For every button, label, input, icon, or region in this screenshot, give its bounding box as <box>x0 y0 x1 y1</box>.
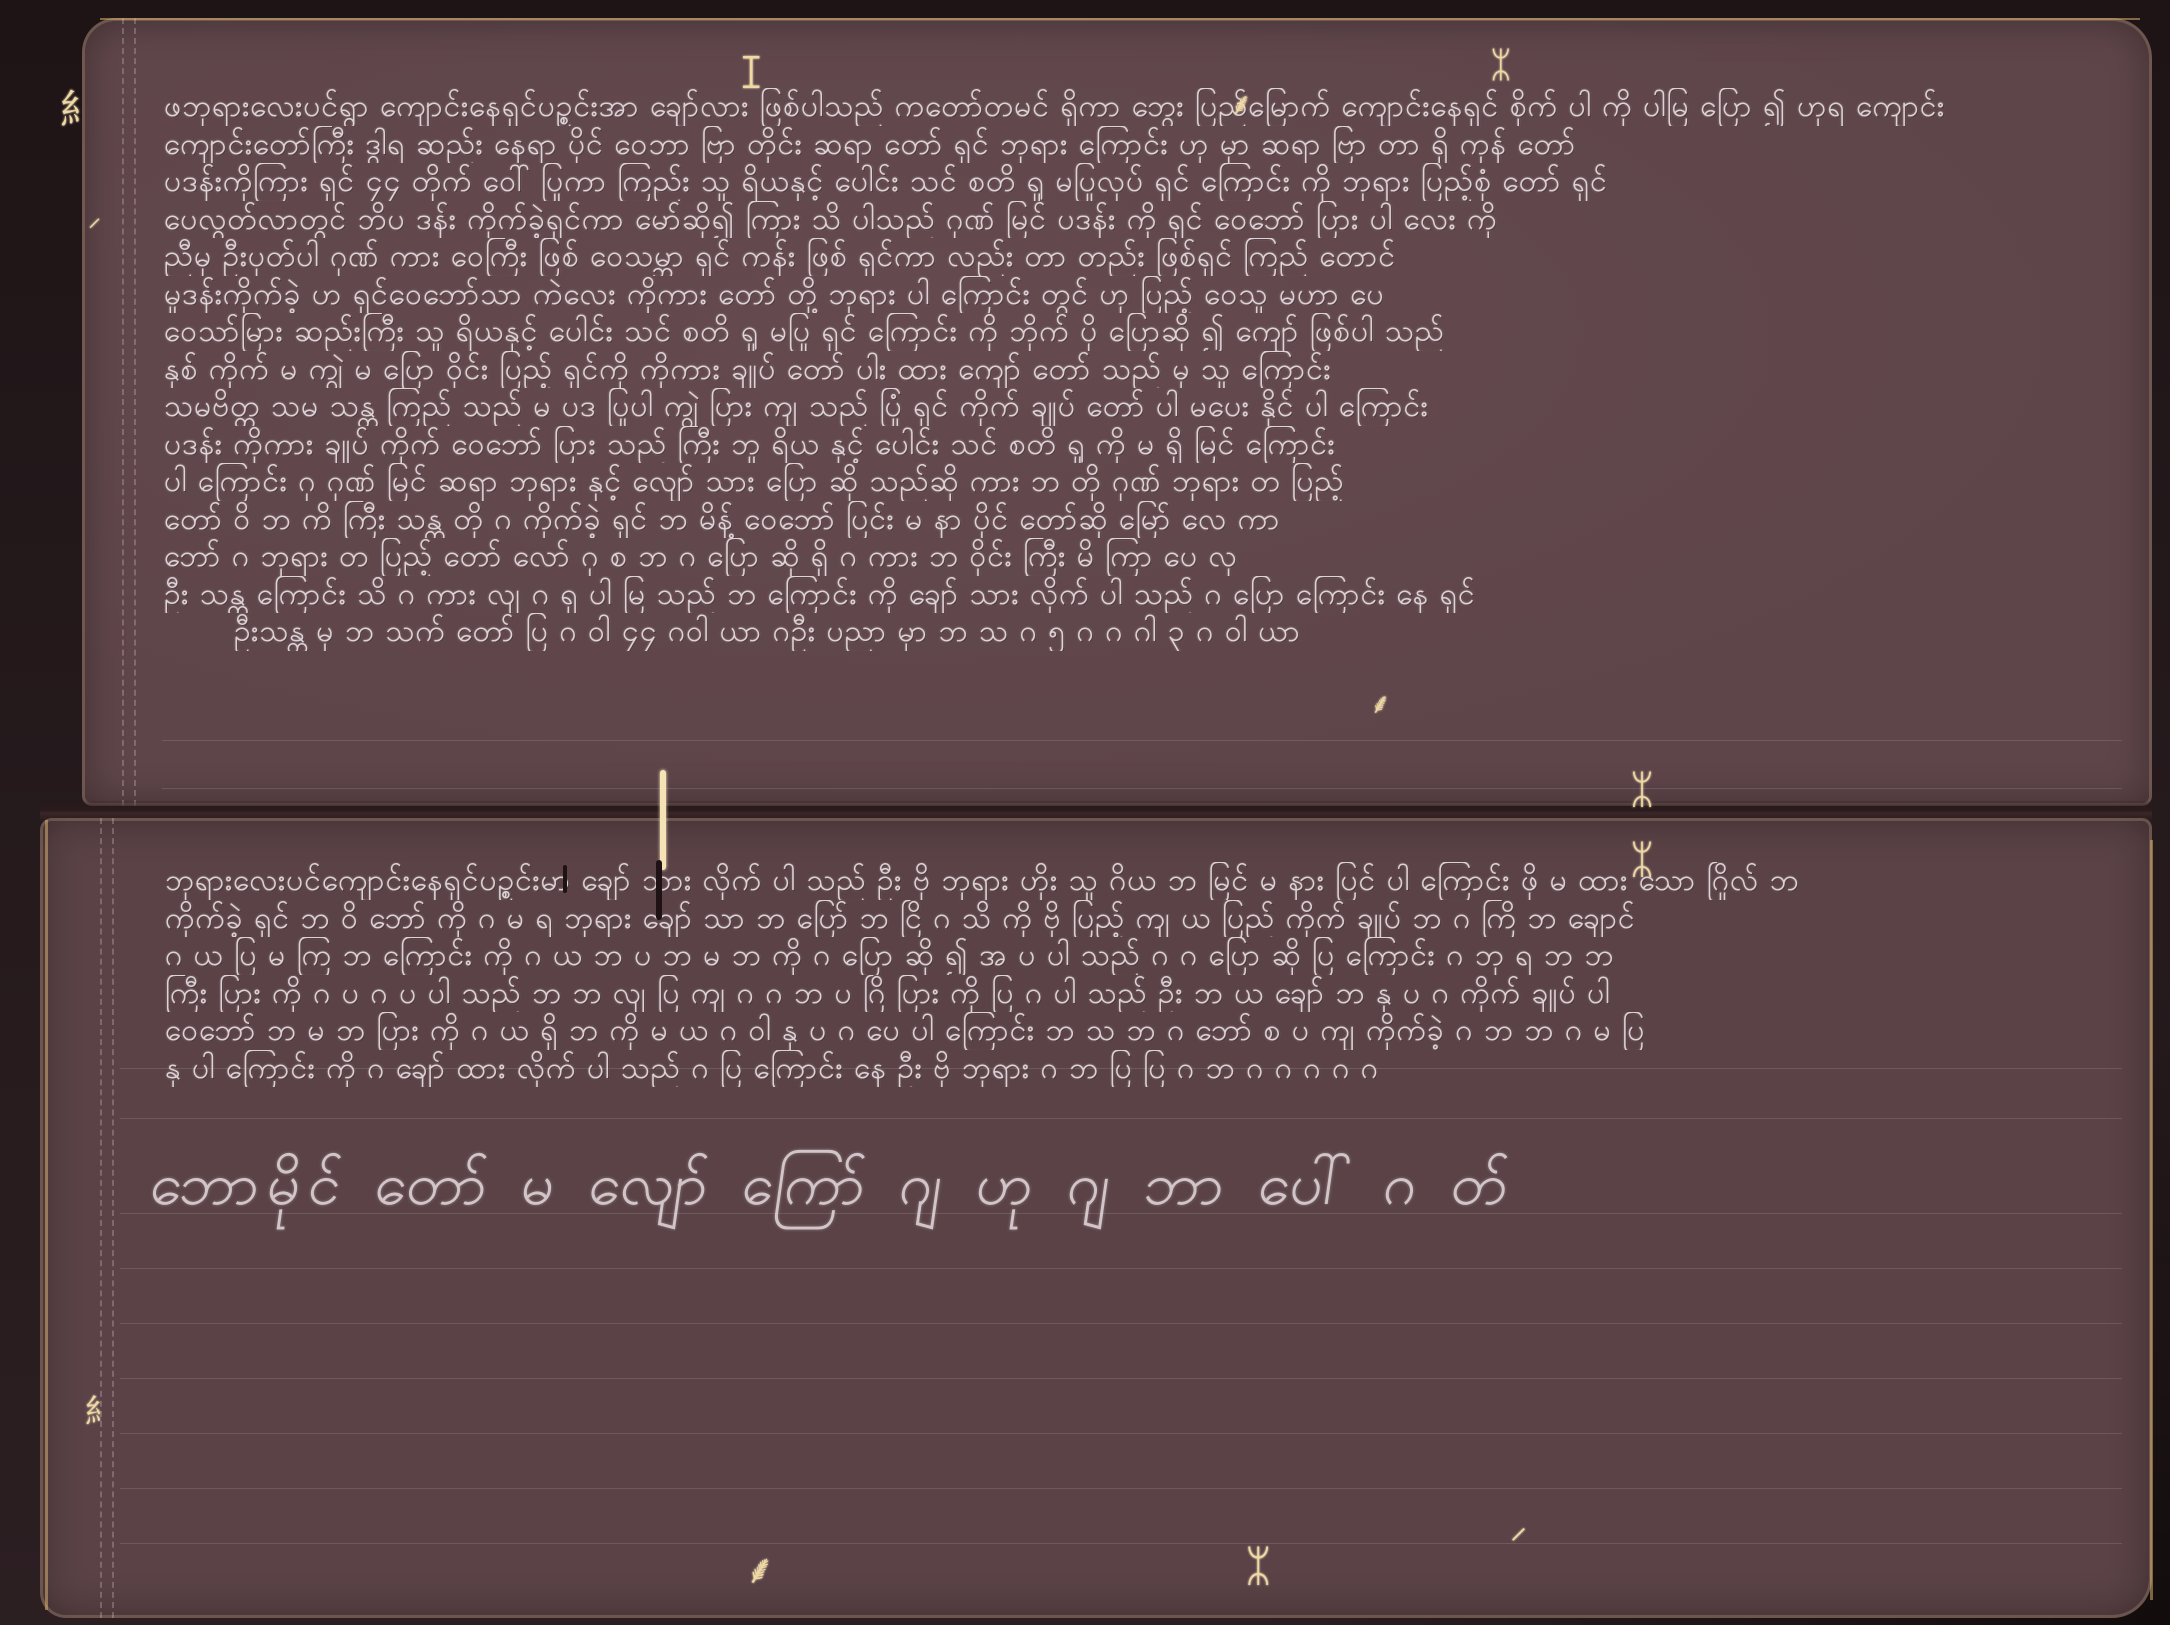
tear-mark-dark <box>563 865 567 893</box>
ruled-line <box>120 1488 2122 1489</box>
damage-mark: ⸙ <box>1370 690 1391 718</box>
tear-mark <box>660 770 666 870</box>
ruled-line <box>162 740 2122 741</box>
damage-mark: ᛯ <box>1245 1545 1271 1589</box>
manuscript-line: ကိုက်ခဲ့ ရှင် ဘ ဝိ ဘော် ကို ဂ မ ရ ဘုရား … <box>165 900 2112 938</box>
left-margin-rule <box>122 18 124 806</box>
damage-mark: ⸙ <box>745 1550 775 1590</box>
manuscript-line: သမဗိတ္တ သမ သန္တ ကြည် သည် မ ပဒ ပြုပါ ကျွဲ… <box>164 388 2112 426</box>
manuscript-line: နှစ် ကိုက် မ ကျွဲ မ ပြော ဝိုင်း ပြည့် ရှ… <box>164 351 2112 389</box>
damage-mark: ⸝ <box>1510 1510 1527 1544</box>
edge-gilt-top <box>100 18 2140 20</box>
left-margin-rule-inner <box>112 818 114 1618</box>
colophon-signature: ဘောမိုင် တော် မ လျော် ကြော် ဂျ ဟု ဂျ ဘာ … <box>144 1148 1521 1233</box>
manuscript-line: မှုဒန်းကိုက်ခဲ့ ဟ ရှင်ဝေဘော်သာ ကဲလေး ကို… <box>164 276 2112 314</box>
manuscript-top-panel: ဖဘုရားလေးပင်ရွာ ကျောင်းနေရှင်ပဉ္စင်းအာ ခ… <box>82 18 2152 806</box>
manuscript-line: ဖဘုရားလေးပင်ရွာ ကျောင်းနေရှင်ပဉ္စင်းအာ ခ… <box>164 88 2112 126</box>
ruled-line <box>120 1543 2122 1544</box>
edge-gilt-right <box>2150 840 2153 1600</box>
manuscript-line: ကျောင်းတော်ကြီး ဒွါရ ဆည်း နေရာ ပိုင် ဝေဘ… <box>164 126 2112 164</box>
manuscript-bottom-panel: ဘုရားလေးပင်ကျောင်းနေရှင်ပဉ္စင်းမာ ချော် … <box>40 818 2152 1618</box>
ruled-line <box>120 1378 2122 1379</box>
manuscript-line: ပဒန်း ကိုကား ချုပ် ကိုက် ဝေဘော် ပြား သည်… <box>164 426 2112 464</box>
damage-mark: ⸙ <box>1230 90 1253 120</box>
bottom-panel-text: ဘုရားလေးပင်ကျောင်းနေရှင်ပဉ္စင်းမာ ချော် … <box>165 862 2112 1087</box>
ruled-line <box>162 788 2122 789</box>
damage-mark: ⸝ <box>88 205 101 231</box>
tear-mark-dark <box>656 860 662 920</box>
manuscript-line: ပေလွတ်လာတွင် ဘိပ ဒန်း ကိုက်ခဲ့ရှင်ကာ မော… <box>164 201 2112 239</box>
damage-mark: ᛯ <box>1490 48 1512 84</box>
damage-mark: ⺯ <box>60 90 100 130</box>
left-margin-rule <box>100 818 102 1618</box>
manuscript-line: နှ ပါ ကြောင်း ကို ဂ ချော် ထား လိုက် ပါ သ… <box>165 1050 2112 1088</box>
ruled-line <box>120 1323 2122 1324</box>
damage-mark: ᛯ <box>1630 770 1654 810</box>
manuscript-line: တော် ဝိ ဘ ကိ ကြီး သန္တ တို ဂ ကိုက်ခဲ့ ရှ… <box>164 501 2112 539</box>
damage-mark: ⺯ <box>85 1395 117 1427</box>
top-panel-text: ဖဘုရားလေးပင်ရွာ ကျောင်းနေရှင်ပဉ္စင်းအာ ခ… <box>164 88 2112 651</box>
left-margin-rule-inner <box>134 18 136 806</box>
manuscript-line: ဦးသန္တ မှ ဘ သက် တော် ပြ ဂ ဝါ ၄၄ ဂဝါ ယာ ဂ… <box>164 613 2112 651</box>
manuscript-line: ဝေဘော် ဘ မ ဘ ပြား ကို ဂ ယ ရှိ ဘ ကို မ ယ … <box>165 1012 2112 1050</box>
manuscript-line: ပါ ကြောင်း ဂု ဂုဏ် မြင် ဆရာ ဘုရား နှင့် … <box>164 463 2112 501</box>
manuscript-line: ဦး သန္တ ကြောင်း သိ ဂ ကား လျ ဂ ရှ ပါ မြ သ… <box>164 576 2112 614</box>
ruled-line <box>120 1433 2122 1434</box>
damage-mark: ꕯ <box>740 52 762 96</box>
manuscript-line: ညီမှ ဦးပုတ်ပါ ဂုဏ် ကား ဝေကြီး ဖြစ် ဝေသမ္… <box>164 238 2112 276</box>
ruled-line <box>120 1118 2122 1119</box>
manuscript-line: ပဒန်းကိုကြား ရှင် ၄၄ တိုက် ဝေါ် ပြုကာ ကြ… <box>164 163 2112 201</box>
manuscript-line: ဝေသာ်မြား ဆည်းကြီး သူ ရိယနှင့် ပေါင်း သင… <box>164 313 2112 351</box>
manuscript-line: ဘုရားလေးပင်ကျောင်းနေရှင်ပဉ္စင်းမာ ချော် … <box>165 862 2112 900</box>
edge-gilt-left <box>45 820 48 1610</box>
manuscript-line: ဂ ယ ပြ မ ကြ ဘ ကြောင်း ကို ဂ ယ ဘ ပ ဘ မ ဘ … <box>165 937 2112 975</box>
damage-mark: ᛯ <box>1630 840 1654 880</box>
manuscript-line: ကြီး ပြား ကို ဂ ပ ဂ ပ ပါ သည် ဘ ဘ လျ ပြ က… <box>165 975 2112 1013</box>
manuscript-line: ဘော် ဂ ဘုရား တ ပြည့် တော် လော် ဂု စ ဘ ဂ … <box>164 538 2112 576</box>
ruled-line <box>120 1268 2122 1269</box>
